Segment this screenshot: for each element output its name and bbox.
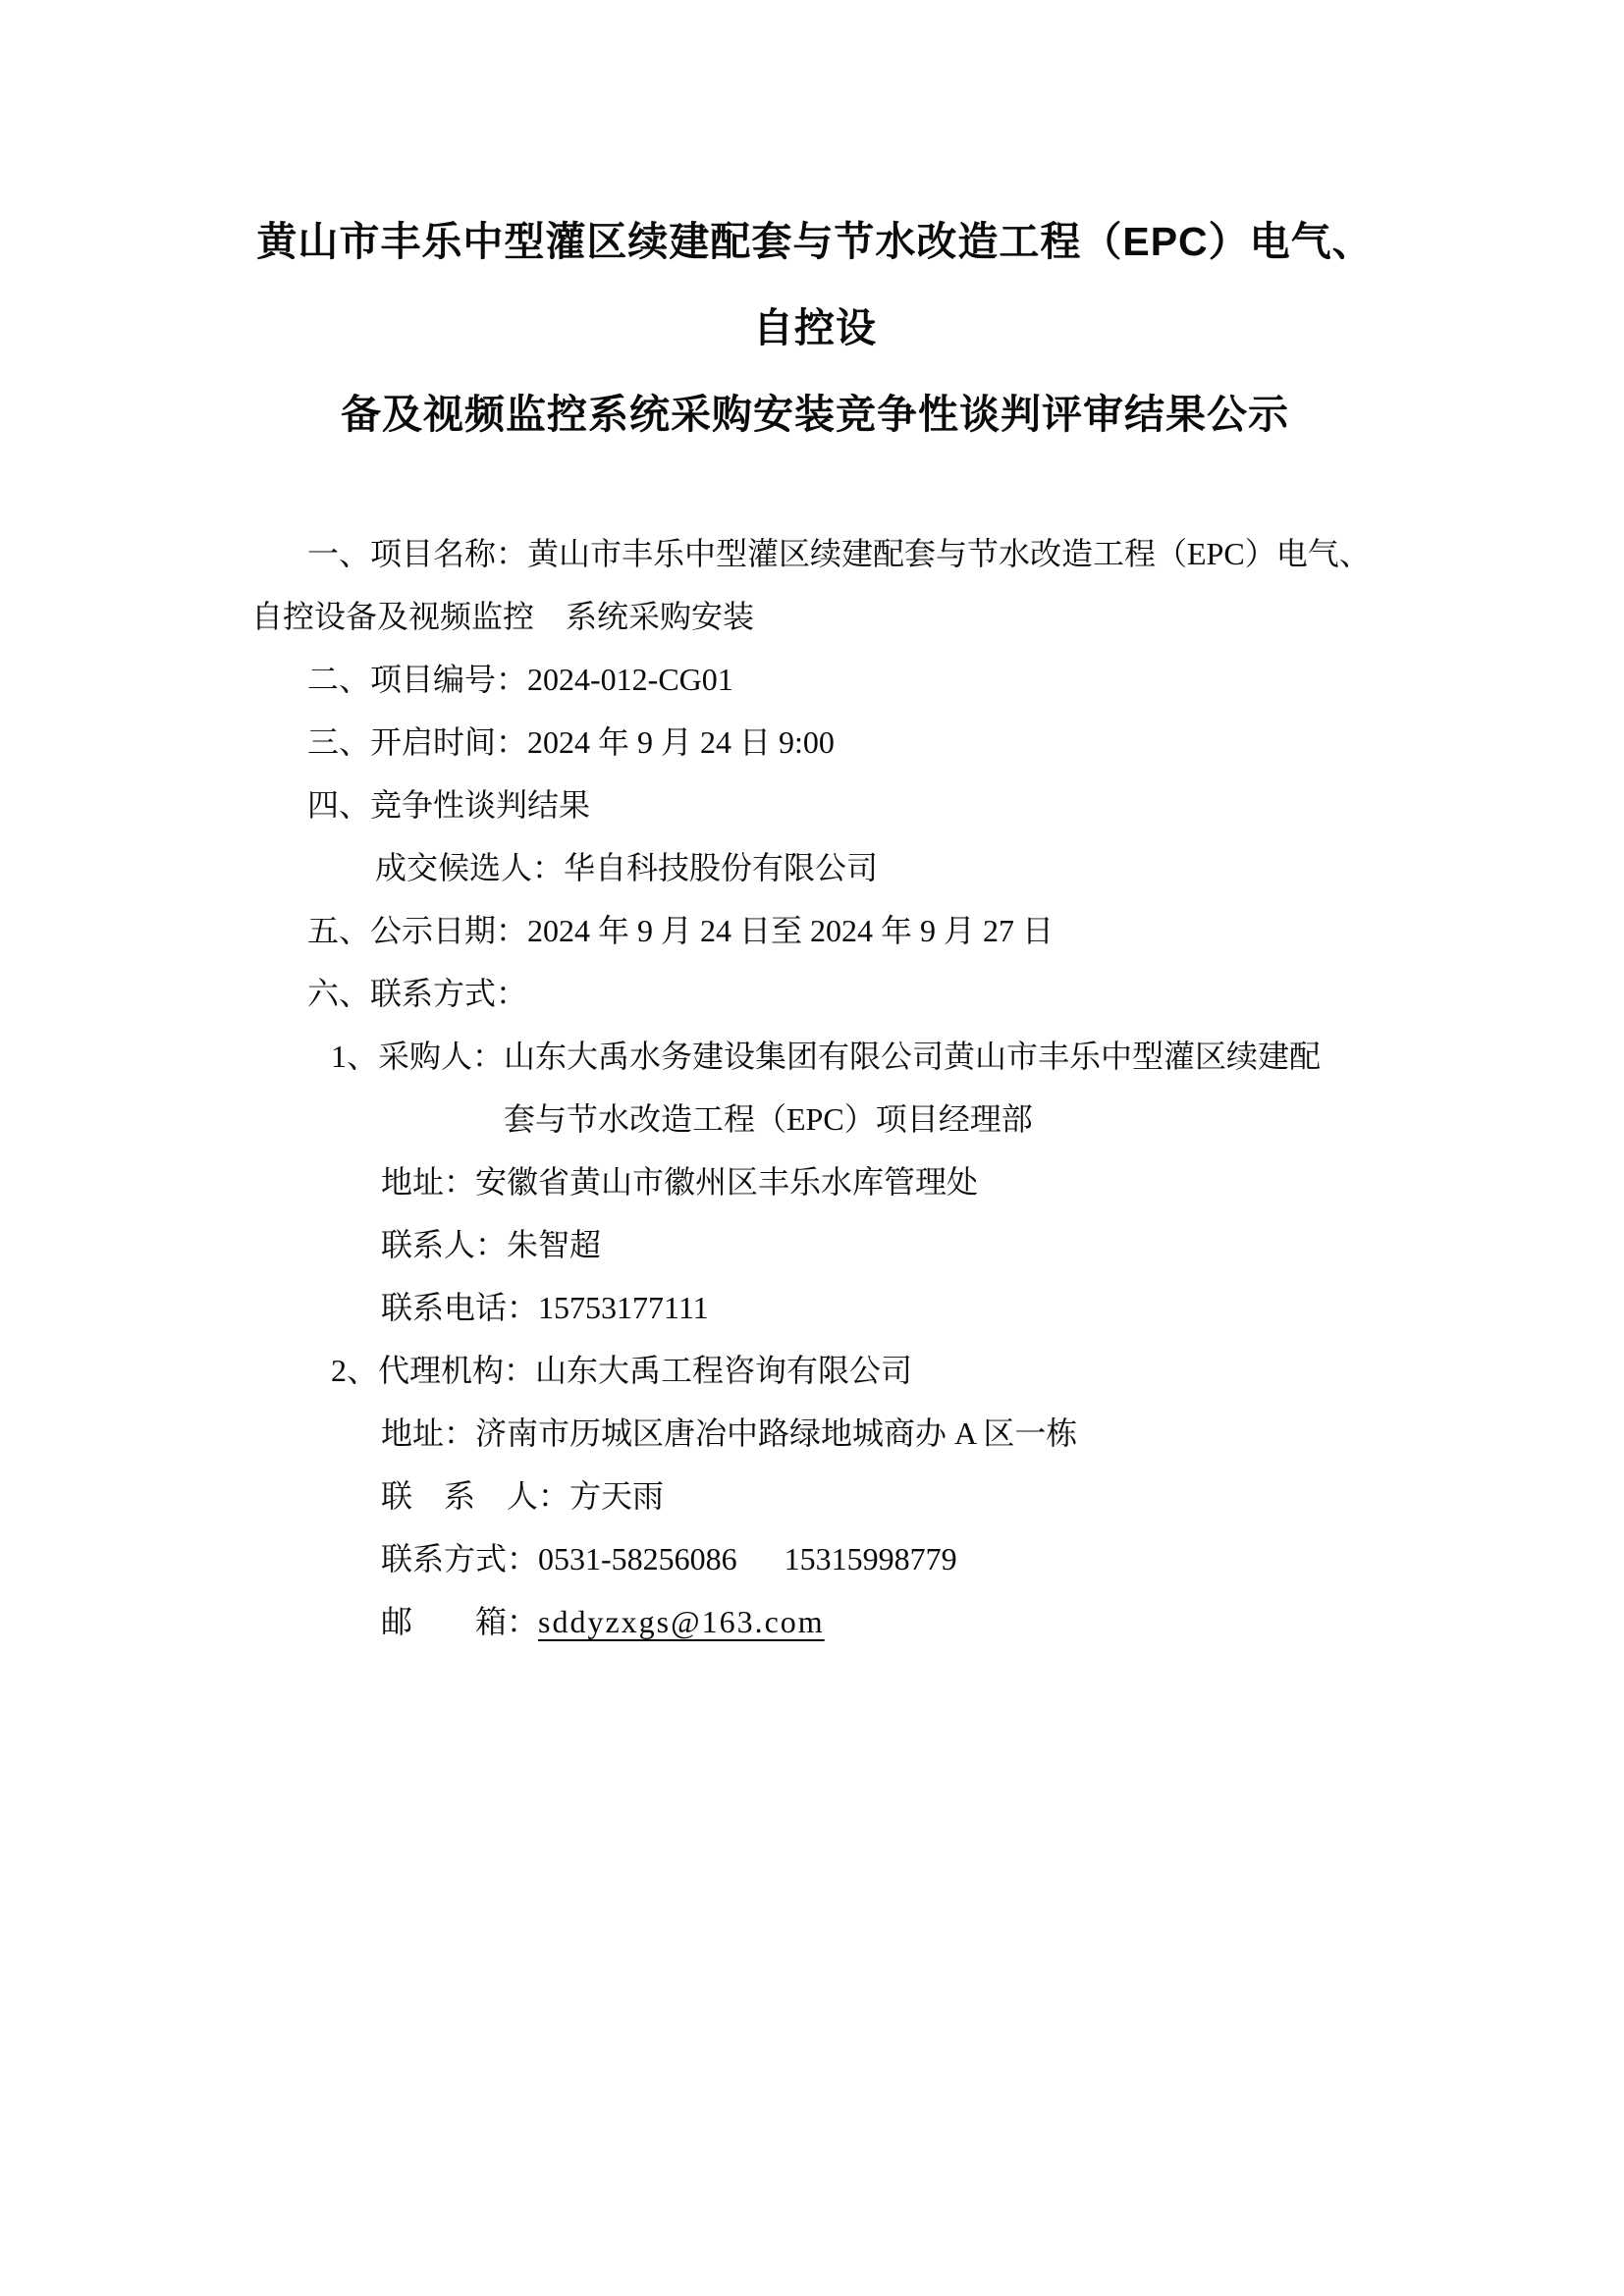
doc-line: 套与节水改造工程（EPC）项目经理部 <box>245 1088 1388 1150</box>
doc-line: 五、公示日期：2024 年 9 月 24 日至 2024 年 9 月 27 日 <box>245 899 1388 962</box>
doc-line: 邮 箱：sddyzxgs@163.com <box>245 1590 1388 1653</box>
doc-line: 成交候选人：华自科技股份有限公司 <box>245 836 1388 899</box>
doc-line: 自控设备及视频监控 系统采购安装 <box>245 585 1388 648</box>
doc-line: 一、项目名称：黄山市丰乐中型灌区续建配套与节水改造工程（EPC）电气、 <box>245 522 1388 585</box>
doc-line: 联系人：朱智超 <box>245 1213 1388 1276</box>
doc-line: 联 系 人：方天雨 <box>245 1465 1388 1527</box>
document-body: 一、项目名称：黄山市丰乐中型灌区续建配套与节水改造工程（EPC）电气、自控设备及… <box>245 522 1388 1653</box>
doc-line: 三、开启时间：2024 年 9 月 24 日 9:00 <box>245 711 1388 774</box>
doc-line: 地址：济南市历城区唐冶中路绿地城商办 A 区一栋 <box>245 1402 1388 1465</box>
doc-line: 地址：安徽省黄山市徽州区丰乐水库管理处 <box>245 1150 1388 1213</box>
doc-line: 六、联系方式： <box>245 962 1388 1025</box>
doc-line: 2、代理机构：山东大禹工程咨询有限公司 <box>245 1339 1388 1402</box>
doc-line: 联系方式：0531-58256086 15315998779 <box>245 1527 1388 1590</box>
document-page: 黄山市丰乐中型灌区续建配套与节水改造工程（EPC）电气、自控设 备及视频监控系统… <box>0 0 1624 2296</box>
email-label: 邮 箱： <box>381 1604 538 1639</box>
email-link[interactable]: sddyzxgs@163.com <box>538 1604 825 1639</box>
doc-line: 四、竞争性谈判结果 <box>245 774 1388 836</box>
document-title: 黄山市丰乐中型灌区续建配套与节水改造工程（EPC）电气、自控设 备及视频监控系统… <box>245 198 1384 457</box>
doc-line: 1、采购人：山东大禹水务建设集团有限公司黄山市丰乐中型灌区续建配 <box>245 1025 1388 1088</box>
document-title-line-1: 黄山市丰乐中型灌区续建配套与节水改造工程（EPC）电气、自控设 <box>245 198 1384 371</box>
doc-line: 二、项目编号：2024-012-CG01 <box>245 648 1388 711</box>
doc-line: 联系电话：15753177111 <box>245 1276 1388 1339</box>
document-title-line-2: 备及视频监控系统采购安装竞争性谈判评审结果公示 <box>245 371 1384 457</box>
